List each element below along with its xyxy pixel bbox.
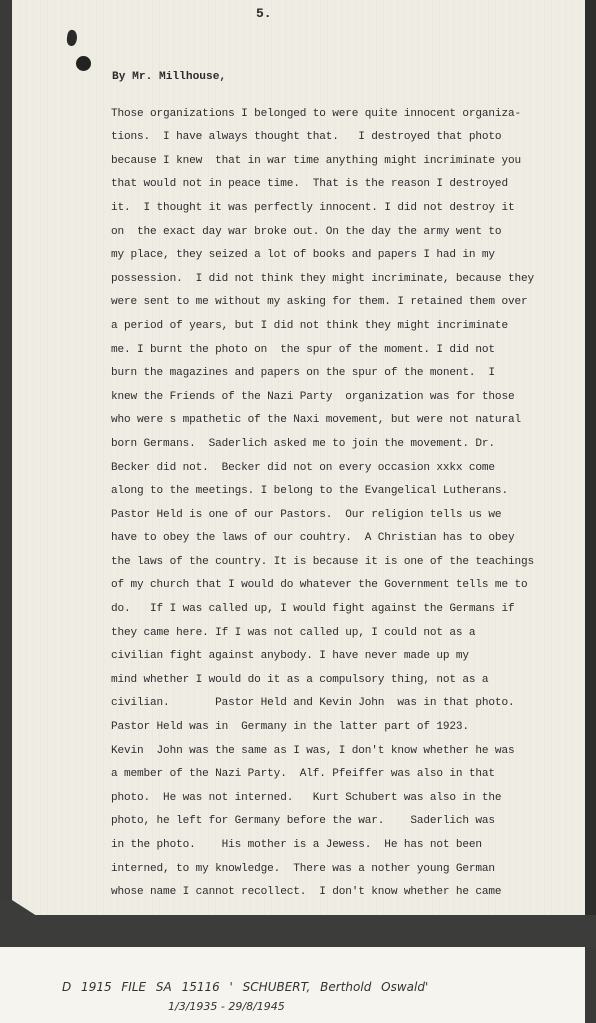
typed-line: my place, they seized a lot of books and… [111, 244, 581, 268]
page-edge-shadow [585, 0, 596, 940]
testimony-body: Those organizations I belonged to were q… [111, 79, 581, 905]
typed-line: a member of the Nazi Party. Alf. Pfeiffe… [111, 763, 581, 787]
typed-line: civilian. Pastor Held and Kevin John was… [111, 692, 581, 716]
archive-date-range: 1/3/1935 - 29/8/1945 [168, 1000, 285, 1013]
typed-line: they came here. If I was not called up, … [111, 622, 581, 646]
typed-line: along to the meetings. I belong to the E… [111, 480, 581, 504]
punch-hole-icon [76, 56, 91, 71]
typed-line: who were s mpathetic of the Naxi movemen… [111, 409, 581, 433]
typed-line: in the photo. His mother is a Jewess. He… [111, 834, 581, 858]
typed-line: a period of years, but I did not think t… [111, 315, 581, 339]
typed-line: whose name I cannot recollect. I don't k… [111, 881, 581, 905]
typed-line: knew the Friends of the Nazi Party organ… [111, 386, 581, 410]
typed-line: tions. I have always thought that. I des… [111, 126, 581, 150]
typed-line: burn the magazines and papers on the spu… [111, 362, 581, 386]
typed-line: mind whether I would do it as a compulso… [111, 669, 581, 693]
typed-line: it. I thought it was perfectly innocent.… [111, 197, 581, 221]
typed-line: Those organizations I belonged to were q… [111, 103, 581, 127]
heading-spacer [111, 79, 581, 103]
typed-line: possession. I did not think they might i… [111, 268, 581, 292]
typed-line: the laws of the country. It is because i… [111, 551, 581, 575]
typed-line: Pastor Held was in Germany in the latter… [111, 716, 581, 740]
typed-line: me. I burnt the photo on the spur of the… [111, 339, 581, 363]
scan-background-band [0, 915, 596, 947]
typed-line: of my church that I would do whatever th… [111, 574, 581, 598]
typed-line: do. If I was called up, I would fight ag… [111, 598, 581, 622]
typed-line: born Germans. Saderlich asked me to join… [111, 433, 581, 457]
typed-line: on the exact day war broke out. On the d… [111, 221, 581, 245]
typed-line: that would not in peace time. That is th… [111, 173, 581, 197]
typed-line: have to obey the laws of our couhtry. A … [111, 527, 581, 551]
typed-line: civilian fight against anybody. I have n… [111, 645, 581, 669]
typed-line: Becker did not. Becker did not on every … [111, 457, 581, 481]
page-number: 5. [256, 6, 272, 21]
typed-line: Pastor Held is one of our Pastors. Our r… [111, 504, 581, 528]
typed-line: Kevin John was the same as I was, I don'… [111, 740, 581, 764]
archive-file-reference: D 1915 FILE SA 15116 ' SCHUBERT, Berthol… [62, 980, 428, 994]
typed-line: because I knew that in war time anything… [111, 150, 581, 174]
typed-line: photo. He was not interned. Kurt Schuber… [111, 787, 581, 811]
typed-line: photo, he left for Germany before the wa… [111, 810, 581, 834]
typed-line: interned, to my knowledge. There was a n… [111, 858, 581, 882]
typed-line: were sent to me without my asking for th… [111, 291, 581, 315]
